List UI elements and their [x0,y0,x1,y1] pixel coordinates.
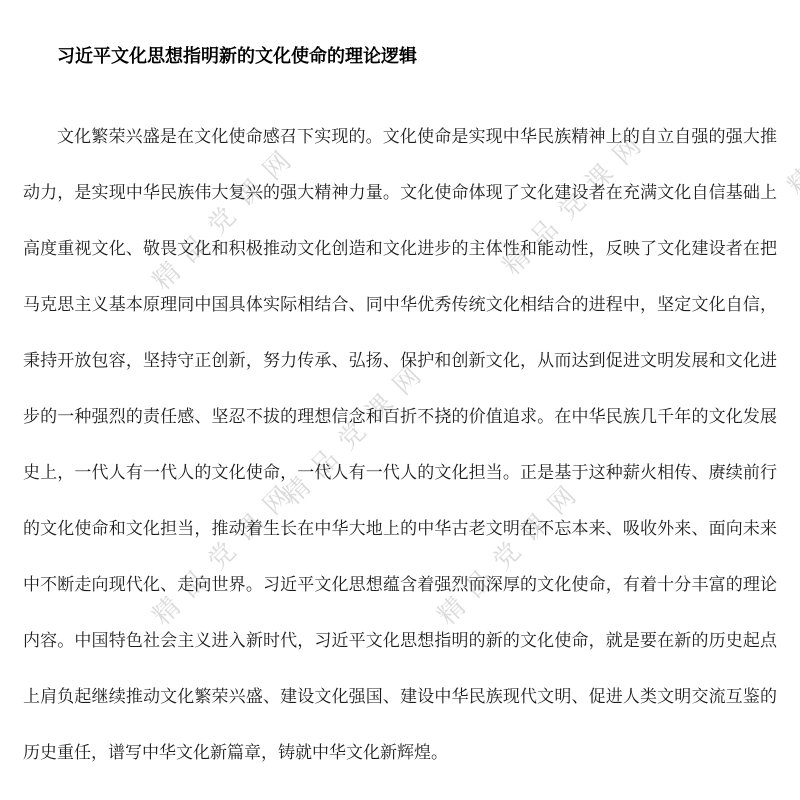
document-page: 精品党课网 精品党课网 精品党课网 精品党课网 精品党课网 精品党课网 习近平文… [0,0,800,800]
document-content: 习近平文化思想指明新的文化使命的理论逻辑 文化繁荣兴盛是在文化使命感召下实现的。… [0,0,800,781]
document-heading: 习近平文化思想指明新的文化使命的理论逻辑 [57,44,777,69]
document-paragraph: 文化繁荣兴盛是在文化使命感召下实现的。文化使命是实现中华民族精神上的自立自强的强… [23,109,777,781]
